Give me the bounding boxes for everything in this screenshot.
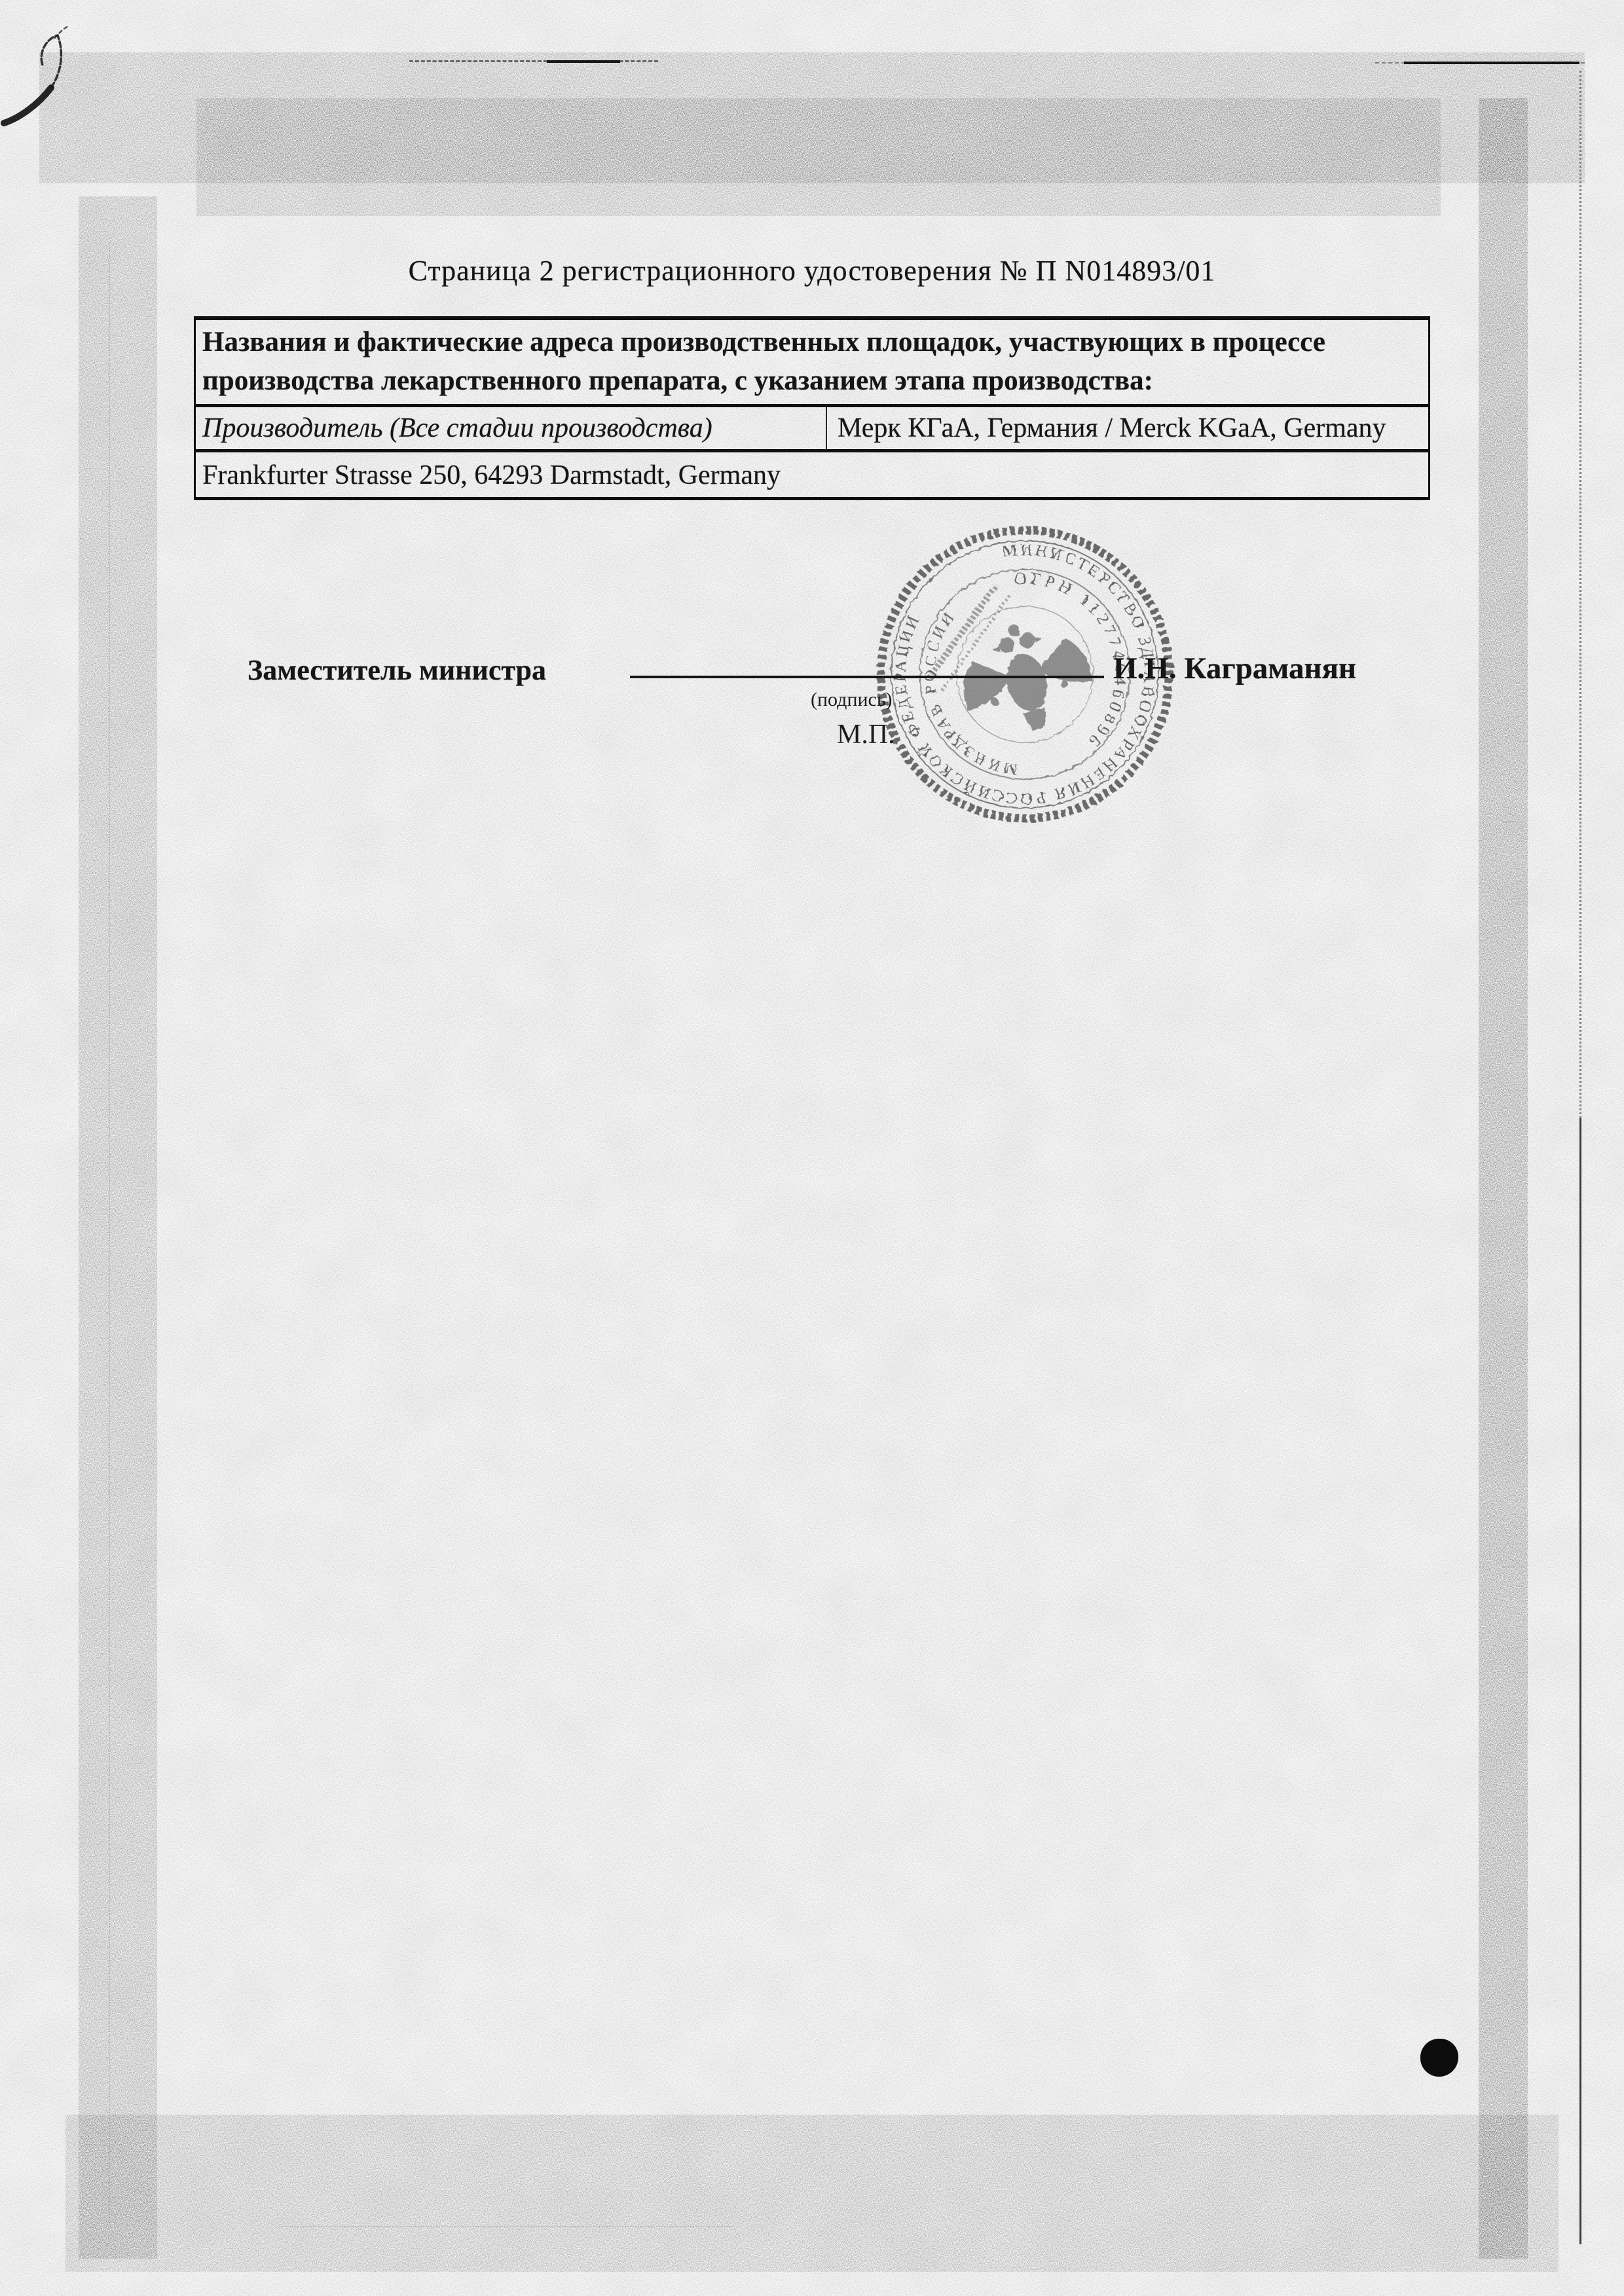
producer-role-cell: Производитель (Все стадии производства) <box>196 407 826 449</box>
signee-name: И.Н. Каграманян <box>1113 651 1356 686</box>
producer-address-cell: Frankfurter Strasse 250, 64293 Darmstadt… <box>196 452 1428 497</box>
scan-artifact-right-edge-dotted <box>1579 71 1581 1118</box>
producer-company-cell: Мерк КГаА, Германия / Merck KGaA, German… <box>826 407 1428 449</box>
ink-dot <box>1420 2039 1458 2077</box>
table-title-cell: Названия и фактические адреса производст… <box>196 320 1428 407</box>
scan-artifact-bottom-edge <box>282 2226 733 2227</box>
scan-artifact-left-edge <box>109 242 110 2226</box>
scan-artifact-dashes-top <box>409 60 658 62</box>
signature-line <box>630 676 1104 678</box>
seal-place-caption: М.П. <box>837 719 895 750</box>
production-sites-table: Названия и фактические адреса производст… <box>194 316 1430 500</box>
scan-artifact-line-top <box>547 60 620 63</box>
pen-mark <box>0 7 85 144</box>
scan-artifact-right-edge-solid <box>1579 1118 1581 2244</box>
page-header: Страница 2 регистрационного удостоверени… <box>0 254 1624 287</box>
signee-position-title: Заместитель министра <box>248 653 546 687</box>
scan-artifact-line-top-right <box>1404 62 1579 64</box>
table-row-producer: Производитель (Все стадии производства) … <box>196 407 1428 452</box>
signature-caption: (подпись) <box>811 689 893 711</box>
scanned-certificate-page: Страница 2 регистрационного удостоверени… <box>0 0 1624 2296</box>
